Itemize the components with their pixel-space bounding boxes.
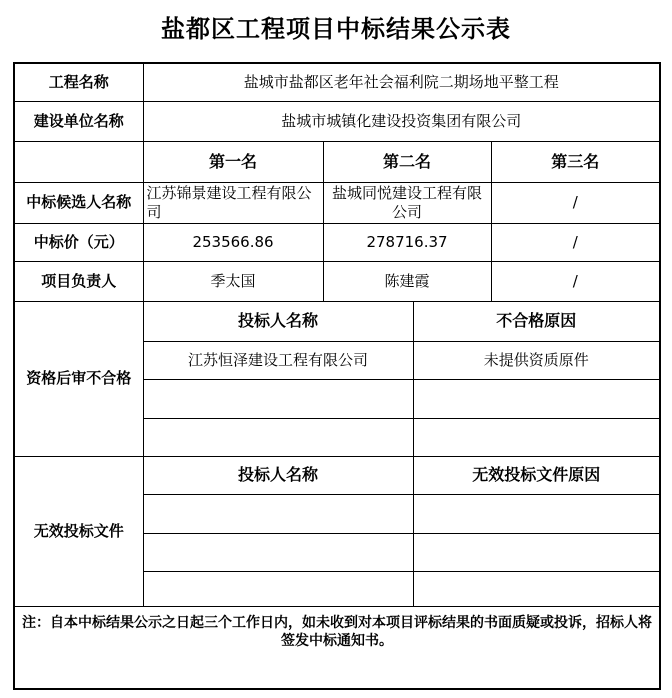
candidates-row: 中标候选人名称 江苏锦景建设工程有限公司 盐城同悦建设工程有限公司 / bbox=[14, 182, 660, 223]
price-2: 278716.37 bbox=[323, 223, 491, 261]
document-page: 盐都区工程项目中标结果公示表 工程名称 盐城市盐都区老年社会福利院二期场地平整工… bbox=[0, 0, 672, 698]
postqual-header-row: 资格后审不合格 投标人名称 不合格原因 bbox=[14, 301, 660, 341]
invalid-header-row: 无效投标文件 投标人名称 无效投标文件原因 bbox=[14, 456, 660, 494]
rank2-header: 第二名 bbox=[323, 141, 491, 182]
owner-row: 建设单位名称 盐城市城镇化建设投资集团有限公司 bbox=[14, 101, 660, 141]
candidate-1: 江苏锦景建设工程有限公司 bbox=[143, 182, 323, 223]
managers-row: 项目负责人 季太国 陈建霞 / bbox=[14, 261, 660, 301]
postqual-reason-empty-cell bbox=[413, 418, 660, 456]
invalid-bidder-empty-cell bbox=[143, 533, 413, 571]
manager-1: 季太国 bbox=[143, 261, 323, 301]
invalid-bidder-header: 投标人名称 bbox=[143, 456, 413, 494]
manager-2: 陈建霞 bbox=[323, 261, 491, 301]
rank-header-row: 第一名 第二名 第三名 bbox=[14, 141, 660, 182]
page-title: 盐都区工程项目中标结果公示表 bbox=[0, 0, 672, 47]
note-row: 注：自本中标结果公示之日起三个工作日内，如未收到对本项目评标结果的书面质疑或投诉… bbox=[14, 606, 660, 689]
rank3-header: 第三名 bbox=[491, 141, 660, 182]
postqual-bidder-empty-cell bbox=[143, 418, 413, 456]
project-name-label: 工程名称 bbox=[14, 63, 143, 101]
project-name-row: 工程名称 盐城市盐都区老年社会福利院二期场地平整工程 bbox=[14, 63, 660, 101]
postqual-bidder-empty-cell bbox=[143, 379, 413, 418]
project-name-value: 盐城市盐都区老年社会福利院二期场地平整工程 bbox=[143, 63, 660, 101]
postqual-section-label: 资格后审不合格 bbox=[14, 301, 143, 456]
price-1: 253566.86 bbox=[143, 223, 323, 261]
price-3: / bbox=[491, 223, 660, 261]
invalid-reason-empty-cell bbox=[413, 494, 660, 533]
postqual-reason-header: 不合格原因 bbox=[413, 301, 660, 341]
invalid-bidder-empty-cell bbox=[143, 494, 413, 533]
invalid-reason-empty-cell bbox=[413, 571, 660, 606]
owner-value: 盐城市城镇化建设投资集团有限公司 bbox=[143, 101, 660, 141]
bid-results-table: 工程名称 盐城市盐都区老年社会福利院二期场地平整工程 建设单位名称 盐城市城镇化… bbox=[13, 62, 661, 690]
invalid-reason-header: 无效投标文件原因 bbox=[413, 456, 660, 494]
postqual-reason-empty-cell bbox=[413, 379, 660, 418]
manager-3: / bbox=[491, 261, 660, 301]
candidate-3: / bbox=[491, 182, 660, 223]
postqual-reason-1: 未提供资质原件 bbox=[413, 341, 660, 379]
postqual-bidder-1: 江苏恒泽建设工程有限公司 bbox=[143, 341, 413, 379]
candidate-2: 盐城同悦建设工程有限公司 bbox=[323, 182, 491, 223]
managers-label: 项目负责人 bbox=[14, 261, 143, 301]
owner-label: 建设单位名称 bbox=[14, 101, 143, 141]
note-text: 注：自本中标结果公示之日起三个工作日内，如未收到对本项目评标结果的书面质疑或投诉… bbox=[14, 606, 660, 689]
invalid-section-label: 无效投标文件 bbox=[14, 456, 143, 606]
candidates-label: 中标候选人名称 bbox=[14, 182, 143, 223]
postqual-bidder-header: 投标人名称 bbox=[143, 301, 413, 341]
rank-header-empty-cell bbox=[14, 141, 143, 182]
prices-row: 中标价（元） 253566.86 278716.37 / bbox=[14, 223, 660, 261]
prices-label: 中标价（元） bbox=[14, 223, 143, 261]
invalid-bidder-empty-cell bbox=[143, 571, 413, 606]
rank1-header: 第一名 bbox=[143, 141, 323, 182]
invalid-reason-empty-cell bbox=[413, 533, 660, 571]
